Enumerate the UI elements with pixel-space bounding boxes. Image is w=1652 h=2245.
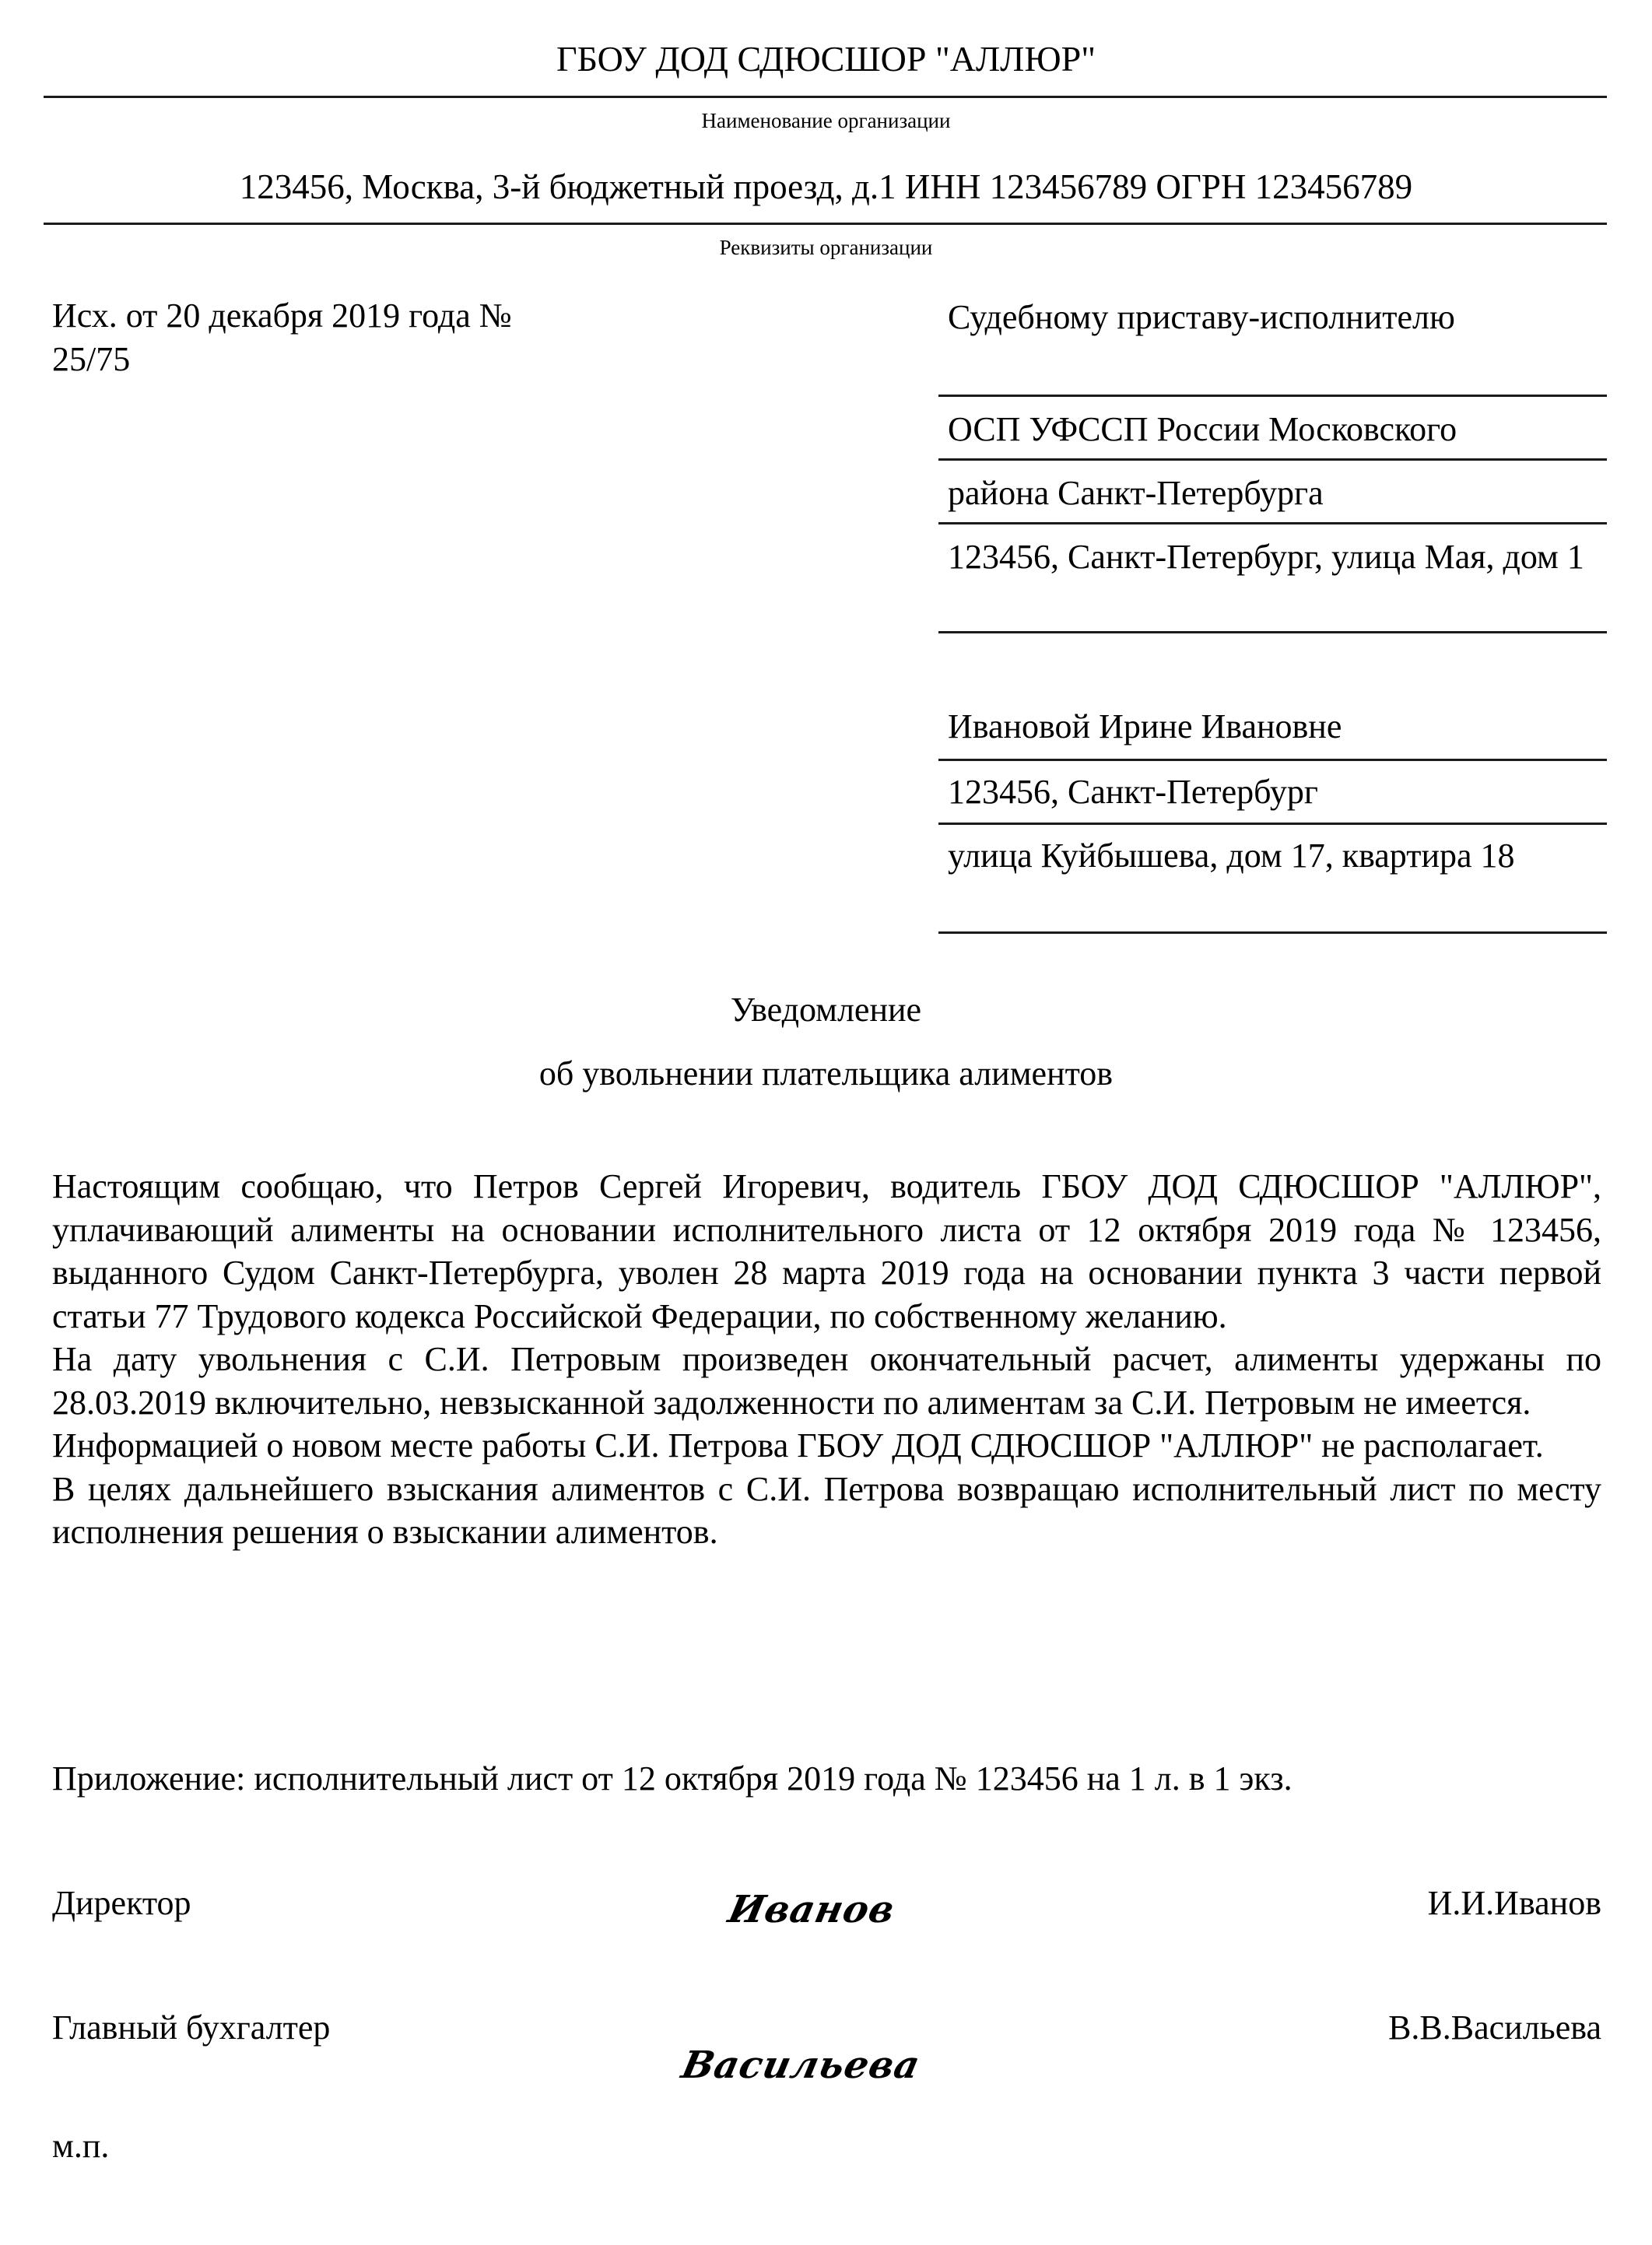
address-line-rule: [938, 522, 1607, 524]
outgoing-reference-date: Исх. от 20 декабря 2019 года №: [52, 294, 612, 338]
address-line-rule: [938, 823, 1607, 825]
document-subtitle: об увольнении плательщика алиментов: [0, 1052, 1652, 1096]
address-line-rule: [938, 759, 1607, 761]
organization-name: ГБОУ ДОД СДЮСШОР "АЛЛЮР": [0, 37, 1652, 81]
signature-row-director: Директор Иванов И.И.Иванов: [52, 1882, 1601, 1944]
address-line-rule: [938, 458, 1607, 461]
body-paragraph: В целях дальнейшего взыскания алиментов …: [52, 1468, 1601, 1554]
recipient-bailiff-district: района Санкт-Петербурга: [948, 472, 1601, 515]
recipient-bailiff-address: 123456, Санкт-Петербург, улица Мая, дом …: [948, 535, 1601, 579]
stamp-place: м.п.: [52, 2124, 109, 2168]
document-body: Настоящим сообщаю, что Петров Сергей Иго…: [52, 1165, 1601, 1554]
organization-name-underline: [44, 96, 1607, 98]
address-line-rule: [938, 395, 1607, 397]
signatory-name: В.В.Васильева: [1388, 2006, 1601, 2050]
recipient-claimant-street: улица Куйбышева, дом 17, квартира 18: [948, 834, 1601, 878]
handwritten-signature: Васильева: [678, 2043, 924, 2087]
body-paragraph: На дату увольнения с С.И. Петровым произ…: [52, 1338, 1601, 1424]
organization-name-caption: Наименование организации: [0, 108, 1652, 133]
organization-details-underline: [44, 223, 1607, 225]
signatory-name: И.И.Иванов: [1428, 1882, 1601, 1925]
attachment-note: Приложение: исполнительный лист от 12 ок…: [52, 1757, 1601, 1801]
recipient-bailiff-title: Судебному приставу-исполнителю: [948, 296, 1601, 339]
outgoing-reference: Исх. от 20 декабря 2019 года № 25/75: [52, 294, 612, 381]
recipient-bailiff-department: ОСП УФССП России Московского: [948, 408, 1601, 451]
outgoing-reference-number: 25/75: [52, 338, 612, 381]
recipient-claimant-name: Ивановой Ирине Ивановне: [948, 705, 1601, 749]
recipient-claimant-city: 123456, Санкт-Петербург: [948, 770, 1601, 814]
address-line-rule: [938, 931, 1607, 934]
signatory-role: Директор: [52, 1882, 191, 1925]
organization-details: 123456, Москва, 3-й бюджетный проезд, д.…: [0, 165, 1652, 209]
handwritten-signature: Иванов: [724, 1888, 899, 1931]
address-line-rule: [938, 631, 1607, 633]
organization-details-caption: Реквизиты организации: [0, 235, 1652, 260]
signatory-role: Главный бухгалтер: [52, 2006, 330, 2050]
body-paragraph: Информацией о новом месте работы С.И. Пе…: [52, 1424, 1601, 1468]
body-paragraph: Настоящим сообщаю, что Петров Сергей Иго…: [52, 1165, 1601, 1338]
signature-row-accountant: Главный бухгалтер Васильева В.В.Васильев…: [52, 2006, 1601, 2099]
document-title: Уведомление: [0, 988, 1652, 1032]
